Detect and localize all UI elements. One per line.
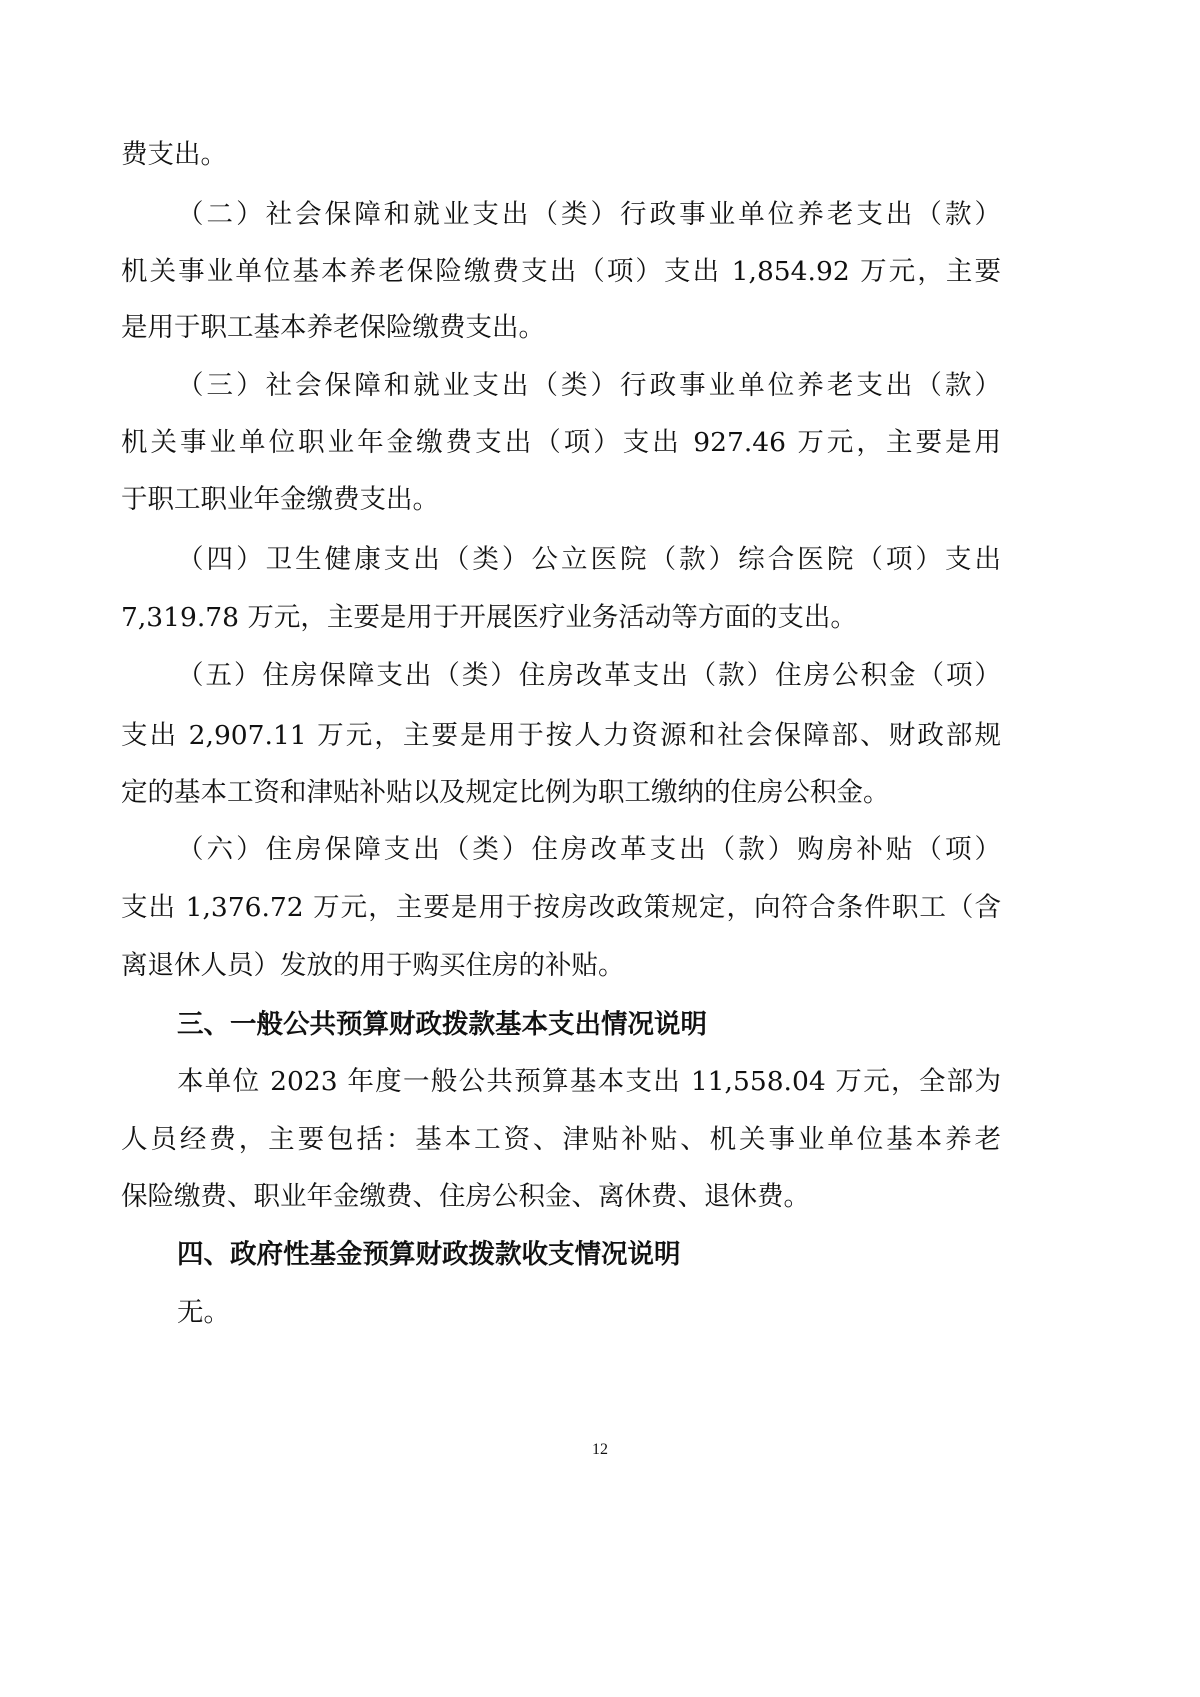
paragraph-line-item-2: （二）社会保障和就业支出（类）行政事业单位养老支出（款） <box>177 195 1001 235</box>
paragraph-line: 本单位 2023 年度一般公共预算基本支出 11,558.04 万元，全部为 <box>177 1062 1001 1102</box>
paragraph-line: 机关事业单位基本养老保险缴费支出（项）支出 1,854.92 万元，主要 <box>121 252 1001 292</box>
paragraph-line: 支出 1,376.72 万元，主要是用于按房改政策规定，向符合条件职工（含 <box>121 888 1001 928</box>
paragraph-line-item-4: （四）卫生健康支出（类）公立医院（款）综合医院（项）支出 <box>177 540 1001 580</box>
paragraph-line: 定的基本工资和津贴补贴以及规定比例为职工缴纳的住房公积金。 <box>121 773 1001 813</box>
paragraph-line-item-5: （五）住房保障支出（类）住房改革支出（款）住房公积金（项） <box>177 656 1001 696</box>
section-heading-4: 四、政府性基金预算财政拨款收支情况说明 <box>177 1235 681 1275</box>
paragraph-line: 费支出。 <box>121 135 1001 175</box>
paragraph-line: 机关事业单位职业年金缴费支出（项）支出 927.46 万元，主要是用 <box>121 423 1001 463</box>
paragraph-line: 人员经费，主要包括：基本工资、津贴补贴、机关事业单位基本养老 <box>121 1120 1001 1160</box>
page-number: 12 <box>0 1440 1200 1460</box>
paragraph-line: 无。 <box>177 1293 1001 1333</box>
paragraph-line: 支出 2,907.11 万元，主要是用于按人力资源和社会保障部、财政部规 <box>121 716 1001 756</box>
paragraph-line: 于职工职业年金缴费支出。 <box>121 480 1001 520</box>
paragraph-line-item-6: （六）住房保障支出（类）住房改革支出（款）购房补贴（项） <box>177 830 1001 870</box>
paragraph-line: 离退休人员）发放的用于购买住房的补贴。 <box>121 946 1001 986</box>
section-heading-3: 三、一般公共预算财政拨款基本支出情况说明 <box>177 1005 707 1045</box>
paragraph-line-item-3: （三）社会保障和就业支出（类）行政事业单位养老支出（款） <box>177 366 1001 406</box>
document-page: 费支出。 （二）社会保障和就业支出（类）行政事业单位养老支出（款） 机关事业单位… <box>0 0 1200 1697</box>
paragraph-line: 保险缴费、职业年金缴费、住房公积金、离休费、退休费。 <box>121 1177 1001 1217</box>
paragraph-line: 7,319.78 万元，主要是用于开展医疗业务活动等方面的支出。 <box>121 598 1001 638</box>
paragraph-line: 是用于职工基本养老保险缴费支出。 <box>121 308 1001 348</box>
